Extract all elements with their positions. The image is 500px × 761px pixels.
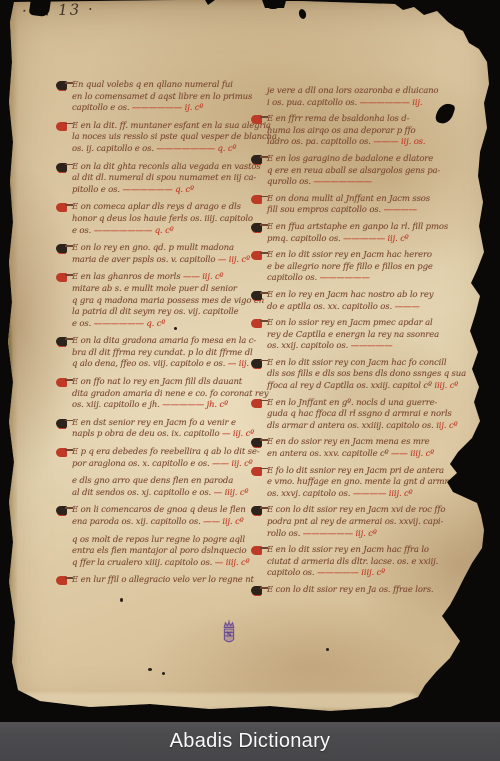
manuscript-entry: E en do ssior rey en Jacm mena es mreen … — [267, 437, 443, 460]
paragraph-mark-icon — [251, 251, 262, 260]
manuscript-entry: E on la dit ghta reconls alia vegada en … — [72, 162, 242, 197]
manuscript-line: q gra q madona maria possess mes de vigo… — [72, 296, 242, 308]
paragraph-mark-icon — [56, 419, 67, 428]
manuscript-line: capitollo os. —————— — [267, 273, 443, 285]
caption-text: Abadis Dictionary — [170, 730, 331, 753]
manuscript-line: E on li comencaros de gnoa q deus le fle… — [72, 505, 242, 517]
manuscript-line: pitollo e os. —————— q. cº — [72, 185, 242, 197]
manuscript-line: E on lo ssior rey en Jacm pmec apdar al — [267, 318, 443, 330]
manuscript-entry: E en lur ffil o allegracio velo ver lo r… — [72, 575, 242, 587]
manuscript-line: al dit sendos os. xj. capitollo e os. — … — [72, 488, 242, 500]
manuscript-entry: E con lo dit ssior rey en Jacm xvi de ro… — [267, 505, 443, 540]
manuscript-line: E con lo dit ssior rey en Ja os. ffrae l… — [267, 585, 443, 597]
manuscript-line: E en do ssior rey en Jacm mena es mre — [267, 437, 443, 449]
manuscript-entry: E on la dita gradona amaria fo mesa en l… — [72, 336, 242, 371]
manuscript-line: os. xxvj. capitolo os. ———— iiij. cº — [267, 489, 443, 501]
paragraph-mark-icon — [251, 438, 262, 447]
manuscript-entry: E en lo dit ssior rey en Jacm hac herero… — [267, 250, 443, 285]
paragraph-mark-icon — [56, 203, 67, 212]
manuscript-entry: E en dst senior rey en Jacm fo a venir e… — [72, 418, 242, 441]
manuscript-photo: · P. 13 · En qual volebs q en qllano num… — [0, 0, 500, 761]
paragraph-mark-icon — [56, 448, 67, 457]
manuscript-line: honor q deus los hauie ferls os. iiij. c… — [72, 214, 242, 226]
manuscript-line: e os. ——————— q. cº — [72, 226, 242, 238]
manuscript-line: guda q hac ffoca dl rl ssgno d armrai e … — [267, 409, 443, 421]
manuscript-entry: E fo lo dit ssnior rey en Jacm pri de an… — [267, 466, 443, 501]
manuscript-entry: E en lo Jnffant en gº. nocls d una guerr… — [267, 398, 443, 433]
paragraph-mark-icon — [251, 467, 262, 476]
manuscript-line: ffoca al rey d Captlla os. xxiij. capito… — [267, 381, 443, 393]
manuscript-line: podra pnt al rey de armerai os. xxvij. c… — [267, 517, 443, 529]
edge-stain — [0, 470, 10, 640]
manuscript-line: E on comeca aplar dls reys d arago e dls — [72, 202, 242, 214]
manuscript-line: E on lo rey en gno. qd. p mullt madona — [72, 243, 242, 255]
manuscript-line: q ffer la crualero xiiij. capitolo os. —… — [72, 558, 242, 570]
manuscript-line: huma los airqo os ana deporar p ffo — [267, 126, 443, 138]
manuscript-entry: E on ffo nat lo rey en Jacm fill dls dau… — [72, 377, 242, 412]
manuscript-line: mitare ab s. e mullt mole puer dl senior — [72, 284, 242, 296]
paragraph-mark-icon — [251, 319, 262, 328]
paragraph-mark-icon — [251, 546, 262, 555]
manuscript-entry: E en los garagino de badalone e dlatoreq… — [267, 154, 443, 189]
manuscript-line: os. xiij. capitollo e jh. ————— jh. cº — [72, 400, 242, 412]
manuscript-line: E en la dit. ff. muntaner esfant en la s… — [72, 121, 242, 133]
paragraph-mark-icon — [251, 195, 262, 204]
manuscript-line: fill sou empros capitollo os. ———— — [267, 205, 443, 217]
manuscript-line: E p q era debedes fo reebellira q ab lo … — [72, 447, 242, 459]
manuscript-line: E en lo dit ssior rey en Jacm hac ffra l… — [267, 545, 443, 557]
manuscript-line: napls p obra de deu os. ix. capitollo — … — [72, 429, 242, 441]
paragraph-mark-icon — [56, 378, 67, 387]
manuscript-line: E con lo dit ssior rey en Jacm xvi de ro… — [267, 505, 443, 517]
manuscript-line: capitolo os. ————— iiij. cº — [267, 568, 443, 580]
caption-bar: Abadis Dictionary — [0, 722, 500, 761]
manuscript-entry: je vere a dll ona lors ozaronba e dluica… — [267, 86, 443, 109]
paragraph-mark-icon — [56, 576, 67, 585]
manuscript-line: rollo os. —————— iij. cº — [267, 529, 443, 541]
manuscript-line: E on la dit ghta reconls alia vegada en … — [72, 162, 242, 174]
paragraph-mark-icon — [56, 244, 67, 253]
manuscript-line: al dit dl. numeral di spou numamet en ii… — [72, 173, 242, 185]
manuscript-line: bra dl dit ffrma rey cundat. p lo dit ff… — [72, 348, 242, 360]
manuscript-line: E en lo rey en Jacm hac nostro ab lo rey — [267, 290, 443, 302]
text-column-left: En qual volebs q en qllano numeral fuien… — [72, 80, 242, 593]
manuscript-line: dls sos fills e dls sos bens dls dono ss… — [267, 369, 443, 381]
paragraph-mark-icon — [251, 223, 262, 232]
manuscript-line: En qual volebs q en qllano numeral fui — [72, 80, 242, 92]
manuscript-line: rey de Captlla e energn la rey na ssonre… — [267, 330, 443, 342]
manuscript-entry: e dls gno arro que dens flen en parodaal… — [72, 476, 242, 499]
ink-speck — [148, 668, 152, 671]
manuscript-line: E en lo dit ssior rey con Jacm hac fo co… — [267, 358, 443, 370]
manuscript-line: E en ffua artstaphe en ganpo la rl. fill… — [267, 222, 443, 234]
manuscript-line: q os molt de repos lur regne lo pogre aq… — [72, 535, 242, 547]
manuscript-entry: En qual volebs q en qllano numeral fuien… — [72, 80, 242, 115]
manuscript-line: q ere en reua aball se alsargolos gens p… — [267, 166, 443, 178]
parchment-page: · P. 13 · En qual volebs q en qllano num… — [0, 0, 500, 722]
paragraph-mark-icon — [56, 506, 67, 515]
crowned-monogram-stamp-icon: N — [221, 619, 237, 646]
manuscript-line: e dls gno arro que dens flen en paroda — [72, 476, 242, 488]
paragraph-mark-icon — [56, 337, 67, 346]
manuscript-line: e os. —————— q. cº — [72, 319, 242, 331]
manuscript-entry: E en lo dit ssior rey en Jacm hac ffra l… — [267, 545, 443, 580]
manuscript-line: la patria dl dit seym rey os. vij. capit… — [72, 307, 242, 319]
ink-speck — [120, 598, 123, 602]
manuscript-entry: q os molt de repos lur regne lo pogre aq… — [72, 535, 242, 570]
manuscript-line: i os. pua. capitollo os. —————— iij. — [267, 98, 443, 110]
manuscript-line: E en las ghanros de morls —— iij. cº — [72, 272, 242, 284]
svg-text:N: N — [226, 631, 232, 638]
manuscript-entry: E en ffua artstaphe en ganpo la rl. fill… — [267, 222, 443, 245]
manuscript-line: en antera os. xxv. capitolle cº —— iiij.… — [267, 449, 443, 461]
paragraph-mark-icon — [251, 586, 262, 595]
manuscript-line: dita gradon amaria di nene e co. fo coro… — [72, 389, 242, 401]
manuscript-line: E on ffo nat lo rey en Jacm fill dls dau… — [72, 377, 242, 389]
manuscript-entry: E p q era debedes fo reebellira q ab lo … — [72, 447, 242, 470]
manuscript-line: E en dst senior rey en Jacm fo a venir e — [72, 418, 242, 430]
tear-hole — [266, 0, 281, 9]
manuscript-line: qurollo os. ——————— — [267, 177, 443, 189]
ink-speck — [162, 672, 165, 675]
manuscript-line: maria de aver pspls os. v. capitollo — i… — [72, 255, 242, 267]
manuscript-line: E en ffrr rema de bsaldonha los d- — [267, 114, 443, 126]
manuscript-line: ena paroda os. xij. capitollo os. —— iij… — [72, 517, 242, 529]
manuscript-entry: E en lo rey en Jacm hac nostro ab lo rey… — [267, 290, 443, 313]
edge-stain — [0, 295, 12, 425]
manuscript-line: E on dona mullt al Jnffant en Jacm ssos — [267, 194, 443, 206]
ink-speck — [174, 327, 177, 330]
paragraph-mark-icon — [56, 273, 67, 282]
paragraph-mark-icon — [251, 155, 262, 164]
manuscript-line: por araglona os. x. capitollo e os. —— i… — [72, 459, 242, 471]
manuscript-line: ciutat d armeria dls dltr. lacse. os. e … — [267, 557, 443, 569]
manuscript-entry: E on comeca aplar dls reys d arago e dls… — [72, 202, 242, 237]
manuscript-line: E fo lo dit ssnior rey en Jacm pri de an… — [267, 466, 443, 478]
manuscript-entry: E en lo dit ssior rey con Jacm hac fo co… — [267, 358, 443, 393]
manuscript-entry: E en las ghanros de morls —— iij. cºmita… — [72, 272, 242, 330]
manuscript-entry: E on dona mullt al Jnffant en Jacm ssosf… — [267, 194, 443, 217]
paragraph-mark-icon — [251, 115, 262, 124]
paragraph-mark-icon — [56, 122, 67, 131]
paragraph-mark-icon — [251, 399, 262, 408]
manuscript-line: E en lo dit ssior rey en Jacm hac herero — [267, 250, 443, 262]
manuscript-entry: E con lo dit ssior rey en Ja os. ffrae l… — [267, 585, 443, 597]
paragraph-mark-icon — [251, 291, 262, 300]
manuscript-line: E en lur ffil o allegracio velo ver lo r… — [72, 575, 242, 587]
manuscript-line: E en lo Jnffant en gº. nocls d una guerr… — [267, 398, 443, 410]
paragraph-mark-icon — [56, 163, 67, 172]
manuscript-entry: E on lo ssior rey en Jacm pmec apdar alr… — [267, 318, 443, 353]
manuscript-line: e be allegrio nore ffe fillo e fillos en… — [267, 262, 443, 274]
manuscript-line: la noces uis resslo si pste qual vesper … — [72, 132, 242, 144]
manuscript-line: en lo comensamet d aqst libre en lo prim… — [72, 92, 242, 104]
paragraph-mark-icon — [251, 506, 262, 515]
manuscript-line: q alo dena, ffeo os. viij. capitolo e os… — [72, 359, 242, 371]
manuscript-line: pmq. capitollo os. ————— iij. cº — [267, 234, 443, 246]
paragraph-mark-icon — [56, 81, 67, 90]
manuscript-line: ladro os. pa. capitollo os. ——— iij. os. — [267, 137, 443, 149]
manuscript-line: entra els fien mantajor al poro dslnquec… — [72, 546, 242, 558]
paragraph-mark-icon — [251, 359, 262, 368]
manuscript-line: capitollo e os. —————— ij. cº — [72, 103, 242, 115]
manuscript-entry: E en ffrr rema de bsaldonha los d-huma l… — [267, 114, 443, 149]
manuscript-line: dls armar d antera os. xxiiij. capitolo … — [267, 421, 443, 433]
ink-speck — [326, 648, 329, 651]
manuscript-line: E on la dita gradona amaria fo mesa en l… — [72, 336, 242, 348]
manuscript-entry: E en la dit. ff. muntaner esfant en la s… — [72, 121, 242, 156]
manuscript-entry: E on lo rey en gno. qd. p mullt madonama… — [72, 243, 242, 266]
manuscript-line: E en los garagino de badalone e dlatore — [267, 154, 443, 166]
manuscript-line: je vere a dll ona lors ozaronba e dluica… — [267, 86, 443, 98]
bottom-edge-highlight — [18, 693, 418, 709]
text-column-right: je vere a dll ona lors ozaronba e dluica… — [267, 86, 443, 602]
manuscript-line: os. xxij. capitolo os. ————— — [267, 341, 443, 353]
manuscript-line: os. ij. capitollo e os. ——————— q. cº — [72, 144, 242, 156]
manuscript-entry: E on li comencaros de gnoa q deus le fle… — [72, 505, 242, 528]
manuscript-line: do e aptlla os. xx. capitollo os. ——— — [267, 302, 443, 314]
manuscript-line: e vmo. huffage en gno. mente la gnt d ar… — [267, 477, 443, 489]
